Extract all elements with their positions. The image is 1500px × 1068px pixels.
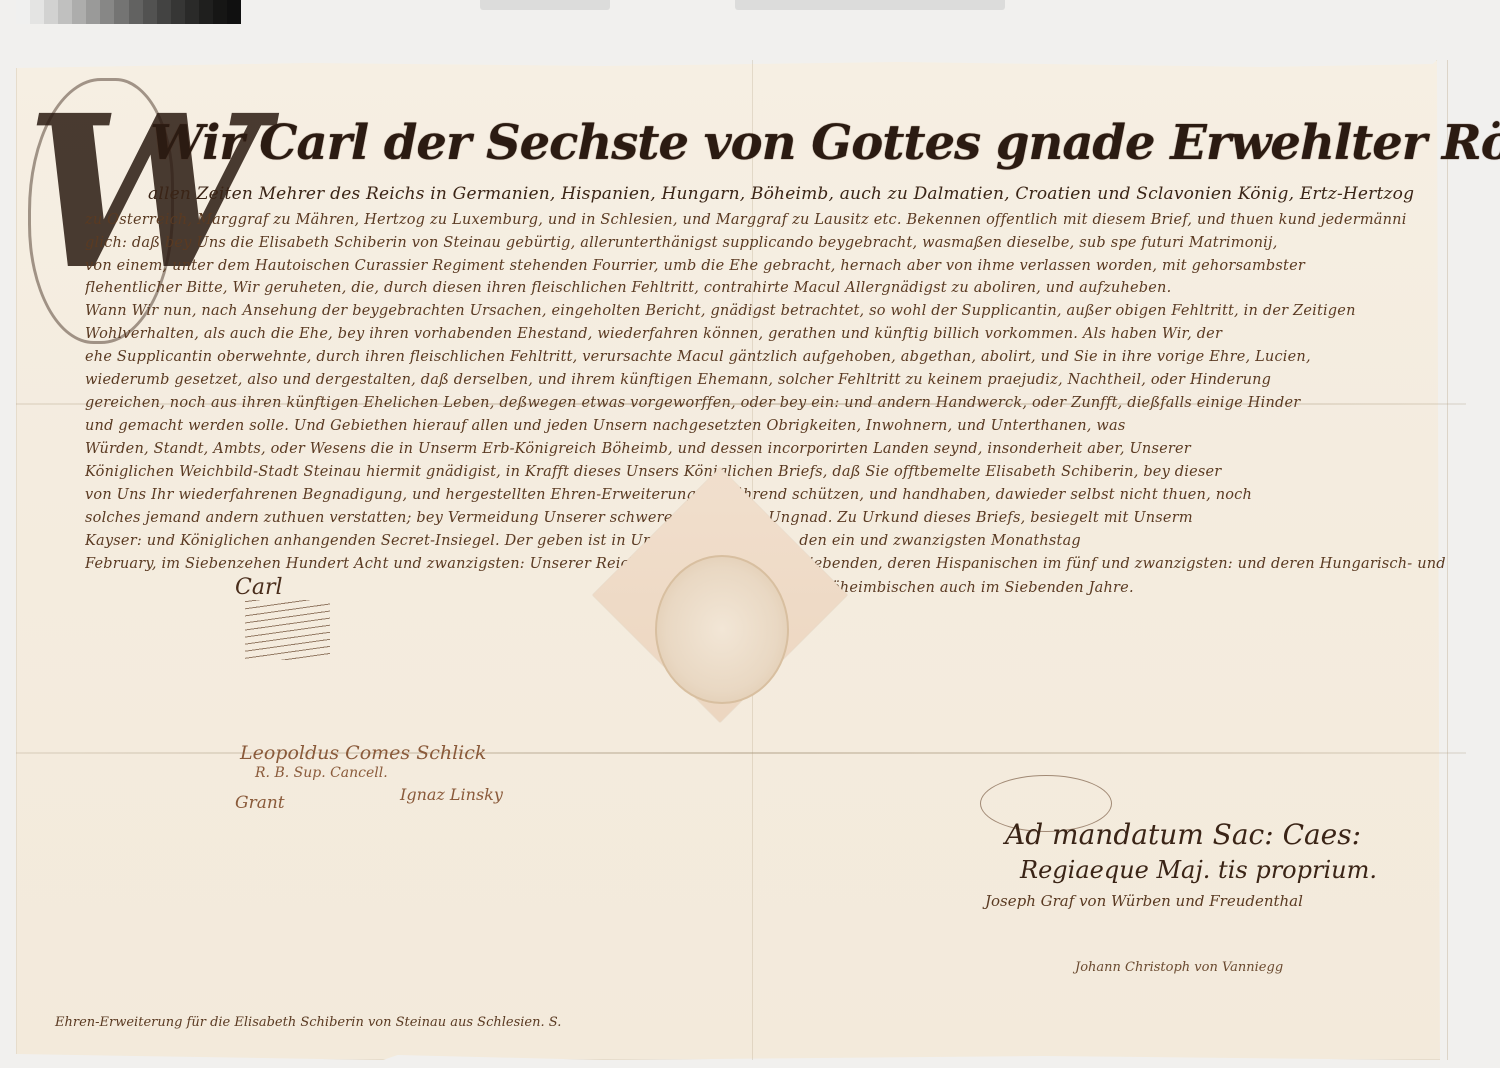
color-swatch: [44, 0, 58, 24]
manuscript-line: gereichen, noch aus ihren künftigen Ehel…: [85, 395, 1445, 411]
manuscript-line: von Uns Ihr wiederfahrenen Begnadigung, …: [85, 487, 1445, 503]
countersign-mid: Ignaz Linsky: [400, 785, 503, 804]
endorsement-note: Ehren-Erweiterung für die Elisabeth Schi…: [55, 1015, 561, 1030]
color-swatch: [143, 0, 157, 24]
manuscript-line: von einem, unter dem Hautoischen Curassi…: [85, 258, 1445, 274]
secretary-2-signature: Johann Christoph von Vanniegg: [1075, 960, 1283, 975]
color-swatch: [72, 0, 86, 24]
color-swatch: [213, 0, 227, 24]
manuscript-line: Würden, Standt, Ambts, oder Wesens die i…: [85, 441, 1445, 457]
countersign-left: Grant: [235, 793, 285, 813]
color-swatch: [227, 0, 241, 24]
color-swatch: [16, 0, 30, 24]
emperor-signature: Carl: [235, 575, 283, 600]
color-swatch: [86, 0, 100, 24]
manuscript-line: Königlichen Weichbild-Stadt Steinau hier…: [85, 464, 1445, 480]
color-swatch: [100, 0, 114, 24]
manuscript-line: Wohlverhalten, als auch die Ehe, bey ihr…: [85, 326, 1445, 342]
document-heading: Wir Carl der Sechste von Gottes gnade Er…: [150, 115, 1500, 171]
manuscript-line: glich: daß bey Uns die Elisabeth Schiber…: [85, 235, 1445, 251]
color-swatch: [157, 0, 171, 24]
manuscript-line: Wann Wir nun, nach Ansehung der beygebra…: [85, 303, 1445, 319]
color-swatch: [185, 0, 199, 24]
manuscript-line: allen Zeiten Mehrer des Reichs in German…: [148, 184, 1445, 204]
color-swatch: [114, 0, 128, 24]
ad-mandatum-line2: Regiaeque Maj. tis proprium.: [1020, 856, 1377, 884]
color-swatch: [129, 0, 143, 24]
target-card-left: [480, 0, 610, 10]
color-swatch: [58, 0, 72, 24]
chancellor-signature-line1: Leopoldus Comes Schlick: [240, 742, 486, 764]
manuscript-line: und gemacht werden solle. Und Gebiethen …: [85, 418, 1445, 434]
manuscript-line: ehe Supplicantin oberwehnte, durch ihren…: [85, 349, 1445, 365]
color-swatch: [30, 0, 44, 24]
grayscale-color-target: [16, 0, 241, 24]
secretary-signature: Joseph Graf von Würben und Freudenthal: [985, 892, 1303, 910]
manuscript-line: Böheimbischen auch im Siebenden Jahre.: [820, 580, 1445, 596]
wax-seal-impression: [655, 555, 789, 704]
fold-line-horizontal-2: [16, 752, 1466, 754]
right-margin-line: [1447, 60, 1448, 1060]
ad-mandatum-line1: Ad mandatum Sac: Caes:: [1005, 818, 1361, 851]
chancellor-signature-line2: R. B. Sup. Cancell.: [255, 765, 388, 781]
manuscript-line: flehentlicher Bitte, Wir geruheten, die,…: [85, 280, 1445, 296]
manuscript-line: wiederumb gesetzet, also und dergestalte…: [85, 372, 1445, 388]
color-swatch: [171, 0, 185, 24]
signature-flourish: [245, 600, 330, 660]
target-card-right: [735, 0, 1005, 10]
color-swatch: [199, 0, 213, 24]
manuscript-line: zu Österreich, Marggraf zu Mähren, Hertz…: [85, 212, 1445, 228]
